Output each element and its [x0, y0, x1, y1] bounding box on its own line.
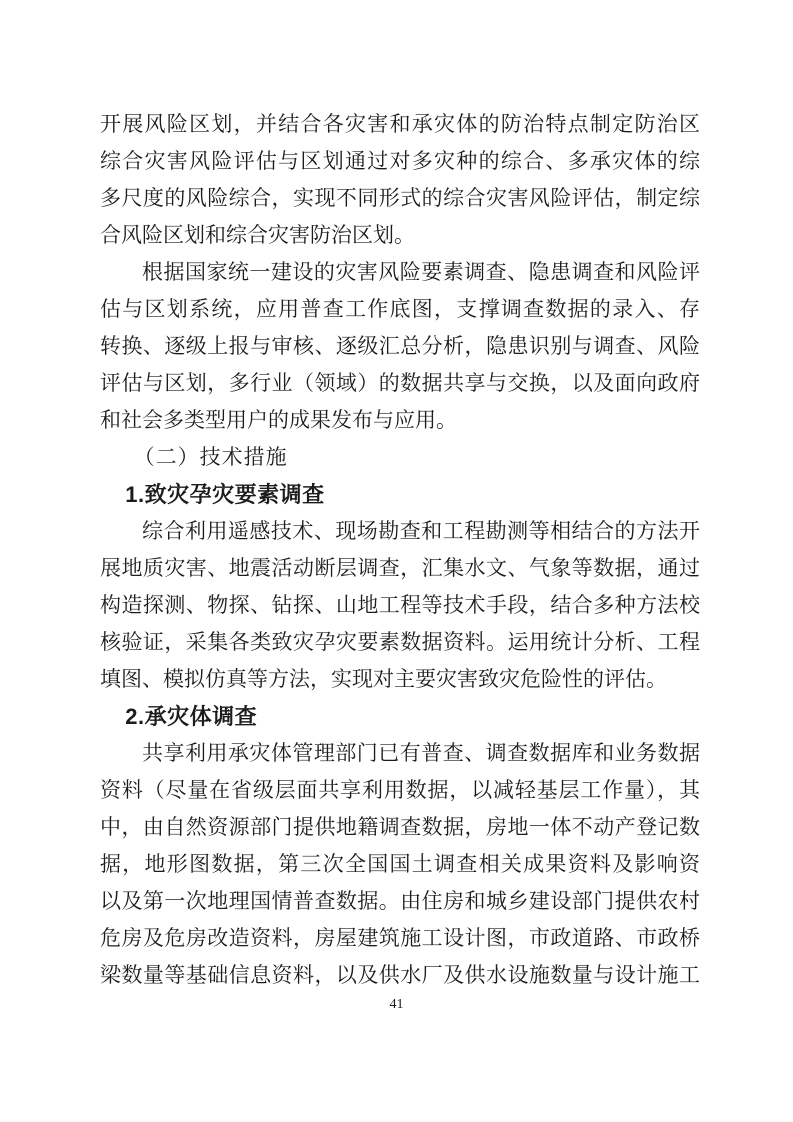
subsection-heading-hazard-factor-survey: 1.致灾孕灾要素调查: [100, 476, 700, 513]
text-line: 开展风险区划，并结合各灾害和承灾体的防治特点制定防治区划。: [100, 106, 700, 143]
text-line: 核验证，采集各类致灾孕灾要素数据资料。运用统计分析、工程: [100, 624, 700, 661]
text-line: 资料（尽量在省级层面共享利用数据，以减轻基层工作量），其: [100, 772, 700, 809]
text-line: 共享利用承灾体管理部门已有普查、调查数据库和业务数据: [100, 735, 700, 772]
text-line: 根据国家统一建设的灾害风险要素调查、隐患调查和风险评: [100, 254, 700, 291]
text-line: 评估与区划，多行业（领域）的数据共享与交换，以及面向政府: [100, 365, 700, 402]
text-line: 以及第一次地理国情普查数据。由住房和城乡建设部门提供农村: [100, 883, 700, 920]
text-line: 合风险区划和综合灾害防治区划。: [100, 217, 700, 254]
text-line: 和社会多类型用户的成果发布与应用。: [100, 402, 700, 439]
page-number: 41: [0, 997, 793, 1013]
paragraph: 根据国家统一建设的灾害风险要素调查、隐患调查和风险评 估与区划系统，应用普查工作…: [100, 254, 700, 439]
text-line: 构造探测、物探、钻探、山地工程等技术手段，结合多种方法校: [100, 587, 700, 624]
text-line: 危房及危房改造资料，房屋建筑施工设计图，市政道路、市政桥: [100, 920, 700, 957]
paragraph: 共享利用承灾体管理部门已有普查、调查数据库和业务数据 资料（尽量在省级层面共享利…: [100, 735, 700, 994]
text-line: 转换、逐级上报与审核、逐级汇总分析，隐患识别与调查、风险: [100, 328, 700, 365]
text-line: 多尺度的风险综合，实现不同形式的综合灾害风险评估，制定综: [100, 180, 700, 217]
text-line: 据，地形图数据，第三次全国国土调查相关成果资料及影响资料，: [100, 846, 700, 883]
subsection-heading-disaster-bearing-body-survey: 2.承灾体调查: [100, 698, 700, 735]
text-line: 综合灾害风险评估与区划通过对多灾种的综合、多承灾体的综合，: [100, 143, 700, 180]
document-body: 开展风险区划，并结合各灾害和承灾体的防治特点制定防治区划。 综合灾害风险评估与区…: [100, 106, 700, 994]
section-heading-technical-measures: （二）技术措施: [100, 439, 700, 476]
paragraph: 综合利用遥感技术、现场勘查和工程勘测等相结合的方法开 展地质灾害、地震活动断层调…: [100, 513, 700, 698]
text-line: 综合利用遥感技术、现场勘查和工程勘测等相结合的方法开: [100, 513, 700, 550]
text-line: 梁数量等基础信息资料，以及供水厂及供水设施数量与设计施工: [100, 957, 700, 994]
text-line: 中，由自然资源部门提供地籍调查数据，房地一体不动产登记数: [100, 809, 700, 846]
text-line: 估与区划系统，应用普查工作底图，支撑调查数据的录入、存储、: [100, 291, 700, 328]
text-line: 展地质灾害、地震活动断层调查，汇集水文、气象等数据，通过: [100, 550, 700, 587]
text-line: 填图、模拟仿真等方法，实现对主要灾害致灾危险性的评估。: [100, 661, 700, 698]
paragraph: 开展风险区划，并结合各灾害和承灾体的防治特点制定防治区划。 综合灾害风险评估与区…: [100, 106, 700, 254]
document-page: 开展风险区划，并结合各灾害和承灾体的防治特点制定防治区划。 综合灾害风险评估与区…: [0, 0, 793, 1122]
